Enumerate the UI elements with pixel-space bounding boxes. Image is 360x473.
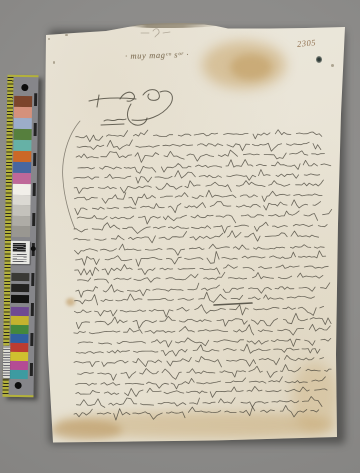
color-patch [10, 351, 28, 360]
color-patch [11, 272, 29, 280]
label-text-lines [13, 253, 27, 261]
color-patch [13, 140, 31, 151]
heading-inscription: · muy magᶜᵒ sᵒʳ · [125, 49, 189, 61]
color-patch [14, 96, 32, 107]
color-patch [11, 306, 29, 315]
color-patch [10, 369, 28, 378]
foxing-speck [331, 64, 334, 67]
color-patch [10, 333, 28, 342]
registration-dot-bottom [15, 382, 22, 389]
color-patch [11, 283, 29, 291]
color-patch [10, 360, 28, 369]
color-patch [13, 173, 31, 184]
color-patch [12, 215, 30, 226]
ink-blot [316, 56, 322, 63]
color-patch [12, 205, 30, 216]
color-patch [14, 118, 32, 129]
color-patch [13, 151, 31, 162]
manuscript-page [44, 24, 346, 443]
label-text-block [13, 242, 26, 251]
strip-brand-label [3, 346, 11, 379]
color-patch [14, 107, 32, 118]
foxing-speck [48, 38, 50, 40]
color-patch [13, 184, 31, 195]
color-patch [12, 194, 30, 205]
stain [292, 362, 338, 434]
color-patch [10, 342, 28, 351]
color-patch [10, 324, 28, 333]
stain [230, 54, 272, 80]
stain [66, 298, 75, 306]
color-patch [11, 294, 29, 302]
color-patch [11, 315, 29, 324]
stain [50, 420, 122, 440]
archival-photo: · muy magᶜᵒ sᵒʳ · 2305 [0, 0, 360, 473]
color-patch-column [10, 77, 33, 379]
color-calibration-strip [2, 75, 38, 397]
foxing-speck [53, 61, 55, 64]
color-patch [13, 162, 31, 173]
foxing-speck [65, 34, 68, 36]
strip-info-label [11, 240, 30, 263]
color-patch [12, 226, 30, 237]
color-patch [14, 129, 32, 140]
folio-number: 2305 [297, 37, 317, 49]
